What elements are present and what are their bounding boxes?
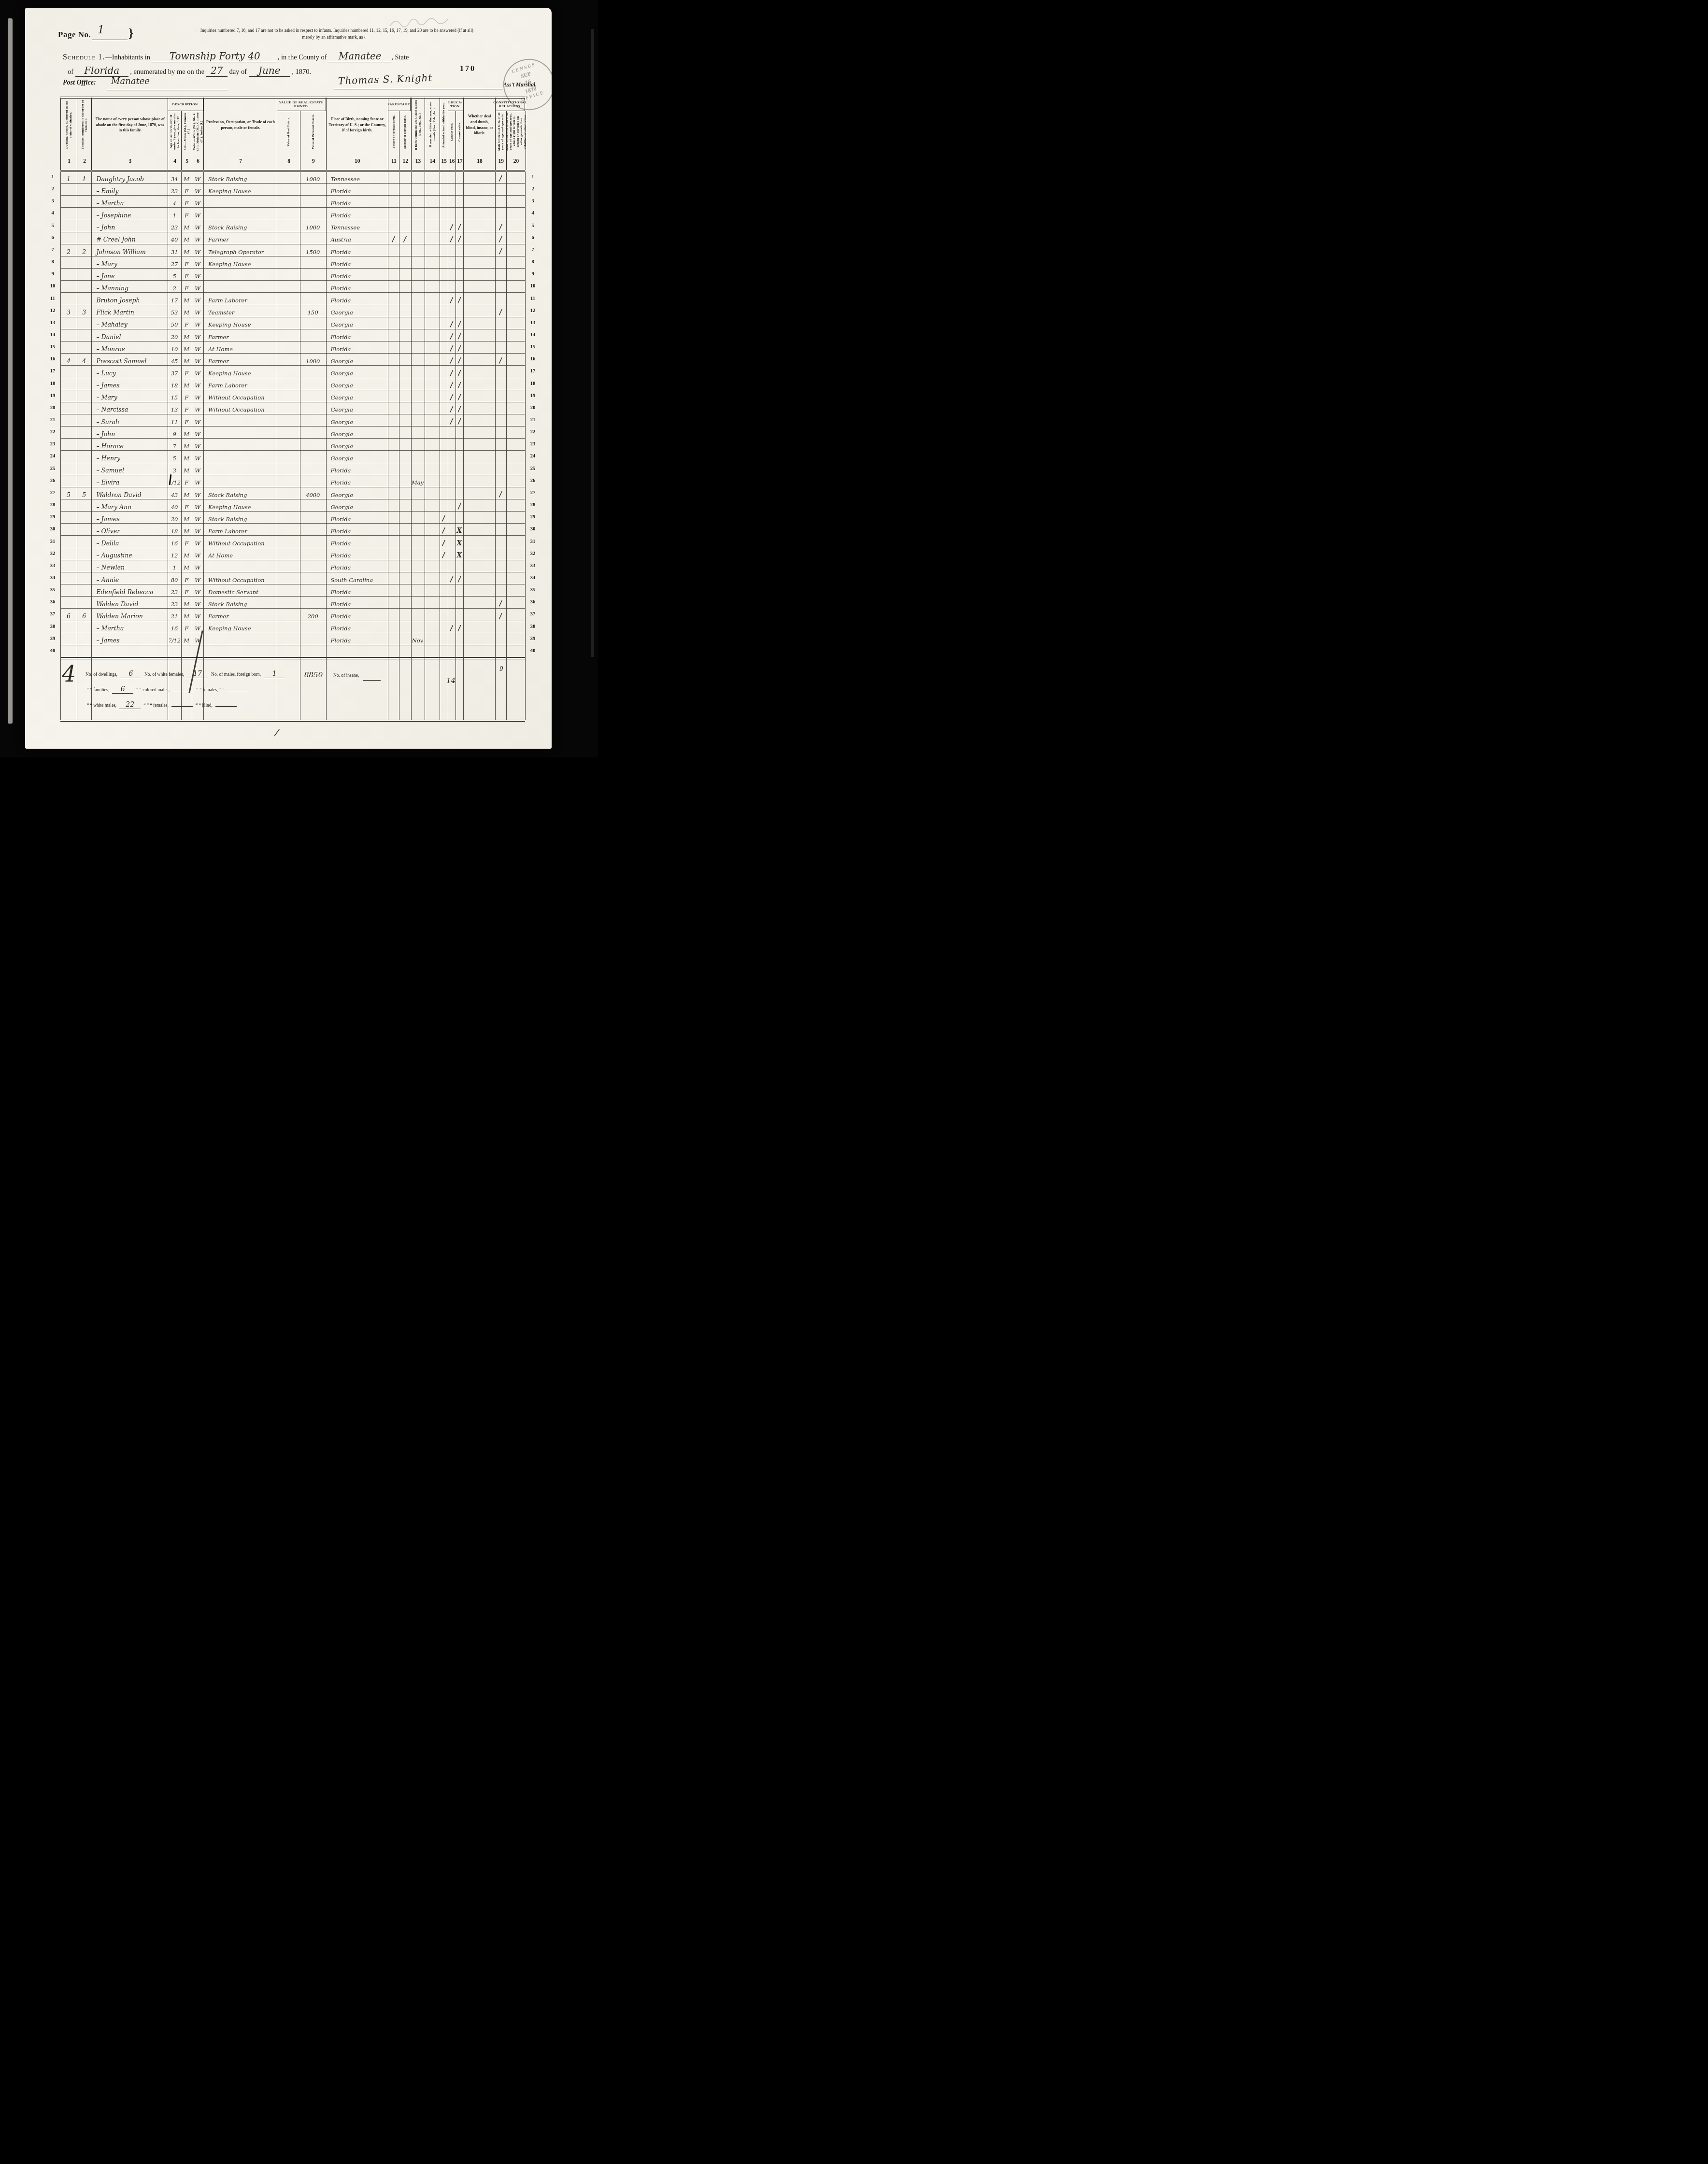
- line-number-left: 12: [47, 308, 58, 313]
- table-row: 22Johnson William31MWTelegraph Operator1…: [60, 244, 525, 256]
- line-number-right: 35: [527, 587, 538, 593]
- cell-s: F: [181, 281, 192, 292]
- cell-pe: 150: [300, 305, 326, 317]
- line-number-right: 40: [527, 648, 538, 654]
- table-row: – Augustine12MWAt HomeFlorida/X: [60, 548, 525, 560]
- line-number-right: 33: [527, 563, 538, 569]
- totals-margin-note: 4: [62, 661, 76, 687]
- cell-a: 7/12: [168, 633, 181, 645]
- cell-b: Florida: [326, 621, 387, 633]
- column-number-b: 10: [326, 152, 388, 170]
- table-row: 33Flick Martin53MWTeamster150Georgia/: [60, 305, 525, 317]
- cell-s: M: [181, 378, 192, 390]
- cell-n: – Monroe: [91, 342, 168, 353]
- line-number-left: 22: [47, 429, 58, 435]
- cell-n: – Manning: [91, 281, 168, 292]
- cell-a: 3: [168, 463, 181, 475]
- line-number-left: 6: [47, 235, 58, 241]
- column-number-c: 6: [192, 152, 204, 170]
- cell-c: W: [192, 366, 203, 377]
- cell-s: M: [181, 439, 192, 450]
- column-label-c: Color.—White (W.), Black (B.), Mulatto (…: [192, 111, 204, 152]
- table-row: 55Waldron David43MWStock Raising4000Geor…: [60, 487, 525, 499]
- line-number-right: 13: [527, 320, 538, 326]
- cell-a: 27: [168, 256, 181, 268]
- column-number-f: 2: [77, 152, 92, 170]
- white-females-value: 17: [187, 670, 208, 678]
- cell-c: W: [192, 597, 203, 608]
- line-number-left: 3: [47, 199, 58, 204]
- line-number-left: 36: [47, 599, 58, 605]
- females-label: “ “ females, “ “: [197, 688, 225, 693]
- cell-s: M: [181, 548, 192, 560]
- colored-males-label: “ “ colored males,: [136, 688, 170, 693]
- cell-cw: X: [455, 536, 463, 548]
- cell-cr: /: [447, 317, 455, 329]
- cell-d: 1: [60, 171, 77, 183]
- cell-o: Stock Raising: [203, 487, 277, 499]
- column-number-a: 4: [168, 152, 182, 170]
- cell-a: 9: [168, 427, 181, 438]
- line-number-left: 21: [47, 417, 58, 423]
- cell-n: # Creel John: [91, 232, 168, 244]
- white-males-value: 22: [119, 701, 141, 709]
- cell-f: 5: [77, 487, 92, 499]
- blind-label: “ “ blind,: [196, 703, 213, 708]
- line-number-right: 18: [527, 381, 538, 386]
- cell-c: W: [192, 329, 203, 341]
- cell-b: Tennessee: [326, 171, 387, 183]
- column-group-3: EDUCA-TION.: [448, 98, 464, 111]
- cell-s: F: [181, 499, 192, 511]
- line-number-right: 4: [527, 211, 538, 216]
- line-number-right: 36: [527, 599, 538, 605]
- cell-c: W: [192, 305, 203, 317]
- line-number-right: 15: [527, 344, 538, 350]
- cell-c: W: [192, 269, 203, 280]
- table-row: – Martha16FWKeeping HouseFlorida//: [60, 621, 525, 633]
- cell-o: Farm Laborer: [203, 524, 277, 535]
- column-number-vd: 20: [506, 152, 527, 170]
- cell-c: W: [192, 572, 203, 584]
- line-number-left: 35: [47, 587, 58, 593]
- cell-a: 5: [168, 269, 181, 280]
- cell-a: 12: [168, 548, 181, 560]
- cell-n: – Jane: [91, 269, 168, 280]
- cell-c: W: [192, 256, 203, 268]
- table-row: – Monroe10MWAt HomeFlorida//: [60, 342, 525, 354]
- cell-n: – Henry: [91, 451, 168, 462]
- cell-o: Stock Raising: [203, 220, 277, 232]
- table-row: – Henry5MWGeorgia: [60, 451, 525, 463]
- cell-b: Florida: [326, 293, 387, 305]
- cell-o: Keeping House: [203, 256, 277, 268]
- cell-cr: /: [447, 378, 455, 390]
- line-number-right: 8: [527, 259, 538, 265]
- column-label-re: Value of Real Estate.: [277, 111, 300, 152]
- cell-n: – Lucy: [91, 366, 168, 377]
- cell-s: F: [181, 208, 192, 219]
- white-males-label: “ “ white males,: [87, 703, 116, 708]
- cell-cr: /: [447, 390, 455, 402]
- cell-mfb: /: [399, 232, 411, 244]
- cell-cr: /: [447, 293, 455, 305]
- line-number-right: 2: [527, 186, 538, 192]
- column-number-mm: 14: [425, 152, 441, 170]
- cell-cr: /: [447, 366, 455, 377]
- cell-f: 4: [77, 354, 92, 365]
- cell-n: – Augustine: [91, 548, 168, 560]
- cell-a: 20: [168, 512, 181, 523]
- line-number-right: 27: [527, 490, 538, 496]
- cell-mc: /: [495, 305, 506, 317]
- cell-cr: /: [447, 621, 455, 633]
- cell-c: W: [192, 536, 203, 548]
- column-header-mm: If married within the year, state month …: [425, 98, 441, 152]
- cell-b: South Carolina: [326, 572, 387, 584]
- dwellings-value: 6: [120, 670, 142, 678]
- table-row: – James7/12MWFloridaNov: [60, 633, 525, 645]
- cell-s: M: [181, 171, 192, 183]
- table-row: – Annie80FWWithout OccupationSouth Carol…: [60, 572, 525, 584]
- line-number-left: 25: [47, 466, 58, 471]
- table-row: 11Daughtry Jacob34MWStock Raising1000Ten…: [60, 171, 525, 184]
- cell-b: Georgia: [326, 427, 387, 438]
- cell-c: W: [192, 499, 203, 511]
- cell-cr: /: [447, 354, 455, 365]
- cell-o: Telegraph Operator: [203, 244, 277, 256]
- cell-s: M: [181, 560, 192, 572]
- cell-cw: X: [455, 524, 463, 535]
- cell-c: W: [192, 171, 203, 183]
- cell-s: M: [181, 342, 192, 353]
- cell-n: – Delila: [91, 536, 168, 548]
- cell-s: F: [181, 475, 192, 487]
- cell-o: Keeping House: [203, 366, 277, 377]
- line-number-right: 3: [527, 199, 538, 204]
- cell-a: 53: [168, 305, 181, 317]
- table-row: Walden David23MWStock RaisingFlorida/: [60, 597, 525, 609]
- cell-b: Florida: [326, 184, 387, 195]
- cell-a: 80: [168, 572, 181, 584]
- cell-n: – Mary Ann: [91, 499, 168, 511]
- cell-f: 6: [77, 609, 92, 620]
- insane-underline: [363, 680, 381, 681]
- line-number-left: 31: [47, 539, 58, 544]
- cell-cr: /: [447, 329, 455, 341]
- cell-o: Without Occupation: [203, 390, 277, 402]
- cell-pe: 4000: [300, 487, 326, 499]
- line-number-left: 29: [47, 514, 58, 520]
- line-number-right: 32: [527, 551, 538, 556]
- cell-b: Georgia: [326, 378, 387, 390]
- cell-a: 50: [168, 317, 181, 329]
- cell-mc: /: [495, 609, 506, 620]
- table-row: – Oliver18MWFarm LaborerFlorida/X: [60, 524, 525, 536]
- cell-o: Farm Laborer: [203, 378, 277, 390]
- cell-b: Florida: [326, 196, 387, 207]
- cell-s: M: [181, 609, 192, 620]
- line-number-right: 11: [527, 296, 538, 301]
- cell-b: Georgia: [326, 305, 387, 317]
- cell-b: Georgia: [326, 451, 387, 462]
- cell-c: W: [192, 560, 203, 572]
- cell-c: W: [192, 584, 203, 596]
- cell-cw: /: [455, 329, 463, 341]
- cell-a: 1: [168, 560, 181, 572]
- column-header-a: Age at last birth-day. If under 1 year, …: [168, 111, 182, 152]
- table-row: – Martha4FWFlorida: [60, 196, 525, 208]
- cell-a: 16: [168, 621, 181, 633]
- line-number-right: 28: [527, 502, 538, 508]
- column-header-s: Sex.—Males (M.), Females (F.): [181, 111, 192, 152]
- cell-b: Georgia: [326, 390, 387, 402]
- line-number-left: 38: [47, 624, 58, 629]
- column-number-s: 5: [181, 152, 192, 170]
- column-label-bm: If born within the year, state month (Ja…: [412, 98, 425, 152]
- cell-s: M: [181, 597, 192, 608]
- cell-b: Florida: [326, 463, 387, 475]
- cell-c: W: [192, 475, 203, 487]
- cell-cr: /: [447, 414, 455, 426]
- line-number-right: 7: [527, 247, 538, 253]
- column-header-bm: If born within the year, state month (Ja…: [411, 98, 425, 152]
- cell-d: 5: [60, 487, 77, 499]
- cell-s: F: [181, 584, 192, 596]
- table-row: # Creel John40MWFarmerAustria/////: [60, 232, 525, 244]
- line-number-right: 14: [527, 332, 538, 338]
- line-number-left: 17: [47, 369, 58, 374]
- cell-n: – Horace: [91, 439, 168, 450]
- table-row: – Mary Ann40FWKeeping HouseGeorgia/: [60, 499, 525, 512]
- cell-s: M: [181, 305, 192, 317]
- table-row: – Daniel20MWFarmerFlorida//: [60, 329, 525, 342]
- cell-a: 15: [168, 390, 181, 402]
- cell-a: 37: [168, 366, 181, 377]
- column-label-vd: Male Citizens of U. S. of 21 years of ag…: [507, 111, 526, 152]
- cell-b: Florida: [326, 609, 387, 620]
- cell-s: M: [181, 293, 192, 305]
- cell-s: M: [181, 524, 192, 535]
- line-number-right: 31: [527, 539, 538, 544]
- cell-mc: /: [495, 244, 506, 256]
- cell-sch: /: [440, 548, 448, 560]
- cell-mc: /: [495, 171, 506, 183]
- cell-o: Farmer: [203, 354, 277, 365]
- cell-a: 31: [168, 244, 181, 256]
- cell-sch: /: [440, 524, 448, 535]
- cell-s: M: [181, 220, 192, 232]
- cell-n: Edenfield Rebecca: [91, 584, 168, 596]
- cell-n: Daughtry Jacob: [91, 171, 168, 183]
- column-label-s: Sex.—Males (M.), Females (F.): [182, 111, 192, 152]
- cell-b: Georgia: [326, 402, 387, 414]
- totals-line-1: No. of dwellings, 6 No. of white females…: [85, 670, 285, 678]
- cell-n: Walden Marion: [91, 609, 168, 620]
- table-row: – Mary27FWKeeping HouseFlorida: [60, 256, 525, 269]
- cell-b: Florida: [326, 208, 387, 219]
- cell-b: Georgia: [326, 354, 387, 365]
- cell-s: M: [181, 244, 192, 256]
- cell-pe: 1000: [300, 220, 326, 232]
- table-row: – Newlen1MWFlorida: [60, 560, 525, 572]
- cell-b: Georgia: [326, 414, 387, 426]
- line-number-right: 21: [527, 417, 538, 423]
- cell-a: 4: [168, 196, 181, 207]
- line-number-left: 24: [47, 454, 58, 459]
- table-row: – Emily23FWKeeping HouseFlorida: [60, 184, 525, 196]
- cell-a: 16: [168, 536, 181, 548]
- cell-sch: /: [440, 512, 448, 523]
- line-number-left: 18: [47, 381, 58, 386]
- cell-n: – James: [91, 512, 168, 523]
- cell-c: W: [192, 524, 203, 535]
- column-header-re: Value of Real Estate.: [277, 111, 300, 152]
- cell-cr: /: [447, 402, 455, 414]
- column-header-cw: Cannot write.: [455, 111, 464, 152]
- line-number-left: 5: [47, 223, 58, 228]
- cell-cw: /: [455, 342, 463, 353]
- line-number-left: 1: [47, 174, 58, 180]
- cell-cr: /: [447, 220, 455, 232]
- line-number-left: 30: [47, 527, 58, 532]
- cell-o: Farmer: [203, 609, 277, 620]
- column-group-4: CONSTITUTIONAL RELATIONS.: [495, 98, 525, 111]
- line-number-left: 32: [47, 551, 58, 556]
- table-row: Edenfield Rebecca23FWDomestic ServantFlo…: [60, 584, 525, 597]
- cell-c: W: [192, 414, 203, 426]
- cell-f: 3: [77, 305, 92, 317]
- table-row: Bruton Joseph17MWFarm LaborerFlorida//: [60, 293, 525, 305]
- cell-mc: /: [495, 220, 506, 232]
- line-number-right: 17: [527, 369, 538, 374]
- table-row: 66Walden Marion21MWFarmer200Florida/: [60, 609, 525, 621]
- cell-o: Farmer: [203, 329, 277, 341]
- cell-o: Keeping House: [203, 184, 277, 195]
- table-row: – Narcissa13FWWithout OccupationGeorgia/…: [60, 402, 525, 414]
- insane-label: No. of insane,: [333, 673, 359, 678]
- cell-s: F: [181, 536, 192, 548]
- cell-a: 18: [168, 524, 181, 535]
- cell-o: Without Occupation: [203, 536, 277, 548]
- cell-b: Georgia: [326, 366, 387, 377]
- colored-males-value: [172, 690, 194, 691]
- totals-line-3: “ “ white males, 22 “ “ “ females, “ “ b…: [87, 701, 237, 709]
- column-label-mm: If married within the year, state month …: [425, 98, 441, 152]
- blind-value: [215, 706, 237, 707]
- cell-n: Walden David: [91, 597, 168, 608]
- table-row: – John23MWStock Raising1000Tennessee///: [60, 220, 525, 232]
- column-header-vd: Male Citizens of U. S. of 21 years of ag…: [506, 111, 527, 152]
- line-number-left: 28: [47, 502, 58, 508]
- totals-line-2: “ “ families, 6 “ “ colored males, “ “ f…: [87, 686, 249, 694]
- cell-s: F: [181, 366, 192, 377]
- column-header-mfb: Mother of foreign birth.: [399, 111, 412, 152]
- cell-n: – Mary: [91, 390, 168, 402]
- table-row: – James20MWStock RaisingFlorida/: [60, 512, 525, 524]
- cell-s: M: [181, 427, 192, 438]
- column-header-mc: Male Citizens of U. S. of 21 years of ag…: [495, 111, 507, 152]
- cell-cr: /: [447, 232, 455, 244]
- cell-c: W: [192, 609, 203, 620]
- table-row: – Jane5FWFlorida: [60, 269, 525, 281]
- column-label-b: Place of Birth, naming State or Territor…: [327, 98, 388, 152]
- cell-b: Georgia: [326, 487, 387, 499]
- cell-pe: 1000: [300, 354, 326, 365]
- cell-c: W: [192, 378, 203, 390]
- cell-f: 2: [77, 244, 92, 256]
- cell-s: M: [181, 633, 192, 645]
- families-label: “ “ families,: [87, 688, 109, 693]
- line-number-left: 11: [47, 296, 58, 301]
- cell-o: Keeping House: [203, 499, 277, 511]
- cell-b: Florida: [326, 548, 387, 560]
- cell-b: Florida: [326, 342, 387, 353]
- cell-o: Keeping House: [203, 621, 277, 633]
- cell-o: Stock Raising: [203, 512, 277, 523]
- cell-a: 34: [168, 171, 181, 183]
- grid-vline-right: [525, 171, 526, 720]
- cell-a: 21: [168, 609, 181, 620]
- cell-n: – James: [91, 633, 168, 645]
- cell-c: W: [192, 196, 203, 207]
- females2-value: [171, 706, 193, 707]
- cell-a: 1: [168, 208, 181, 219]
- citizens-total: 9: [499, 666, 503, 672]
- cell-n: – John: [91, 220, 168, 232]
- males-foreign-value: 1: [264, 670, 285, 678]
- cell-mc: /: [495, 232, 506, 244]
- cell-s: M: [181, 487, 192, 499]
- table-row: [60, 645, 525, 657]
- cell-s: M: [181, 232, 192, 244]
- cell-n: – Annie: [91, 572, 168, 584]
- cell-a: 2: [168, 281, 181, 292]
- table-row: 44Prescott Samuel45MWFarmer1000Georgia//…: [60, 354, 525, 366]
- column-number-dd: 18: [463, 152, 496, 170]
- line-number-right: 29: [527, 514, 538, 520]
- females-value: [228, 690, 249, 691]
- cell-b: Florida: [326, 256, 387, 268]
- cell-s: F: [181, 621, 192, 633]
- cell-s: F: [181, 572, 192, 584]
- cell-s: M: [181, 329, 192, 341]
- column-header-o: Profession, Occupation, or Trade of each…: [203, 98, 277, 152]
- cell-pe: 200: [300, 609, 326, 620]
- column-number-mc: 19: [495, 152, 507, 170]
- cell-d: 3: [60, 305, 77, 317]
- cell-c: W: [192, 548, 203, 560]
- cell-c: W: [192, 220, 203, 232]
- table-row: – Mary15FWWithout OccupationGeorgia//: [60, 390, 525, 402]
- column-label-f: Families, numbered in the order of visit…: [77, 98, 92, 152]
- cell-a: 23: [168, 220, 181, 232]
- microfilm-edge-right: [591, 29, 594, 657]
- table-rule-3: [60, 720, 525, 722]
- cell-cw: /: [455, 499, 463, 511]
- line-number-right: 5: [527, 223, 538, 228]
- cell-a: 11: [168, 414, 181, 426]
- line-number-right: 10: [527, 284, 538, 289]
- cell-f: 1: [77, 171, 92, 183]
- cell-s: F: [181, 256, 192, 268]
- cell-s: F: [181, 402, 192, 414]
- column-number-pe: 9: [300, 152, 327, 170]
- line-number-left: 14: [47, 332, 58, 338]
- cannot-read-total: 14: [446, 676, 455, 685]
- line-number-left: 8: [47, 259, 58, 265]
- cell-n: – Martha: [91, 196, 168, 207]
